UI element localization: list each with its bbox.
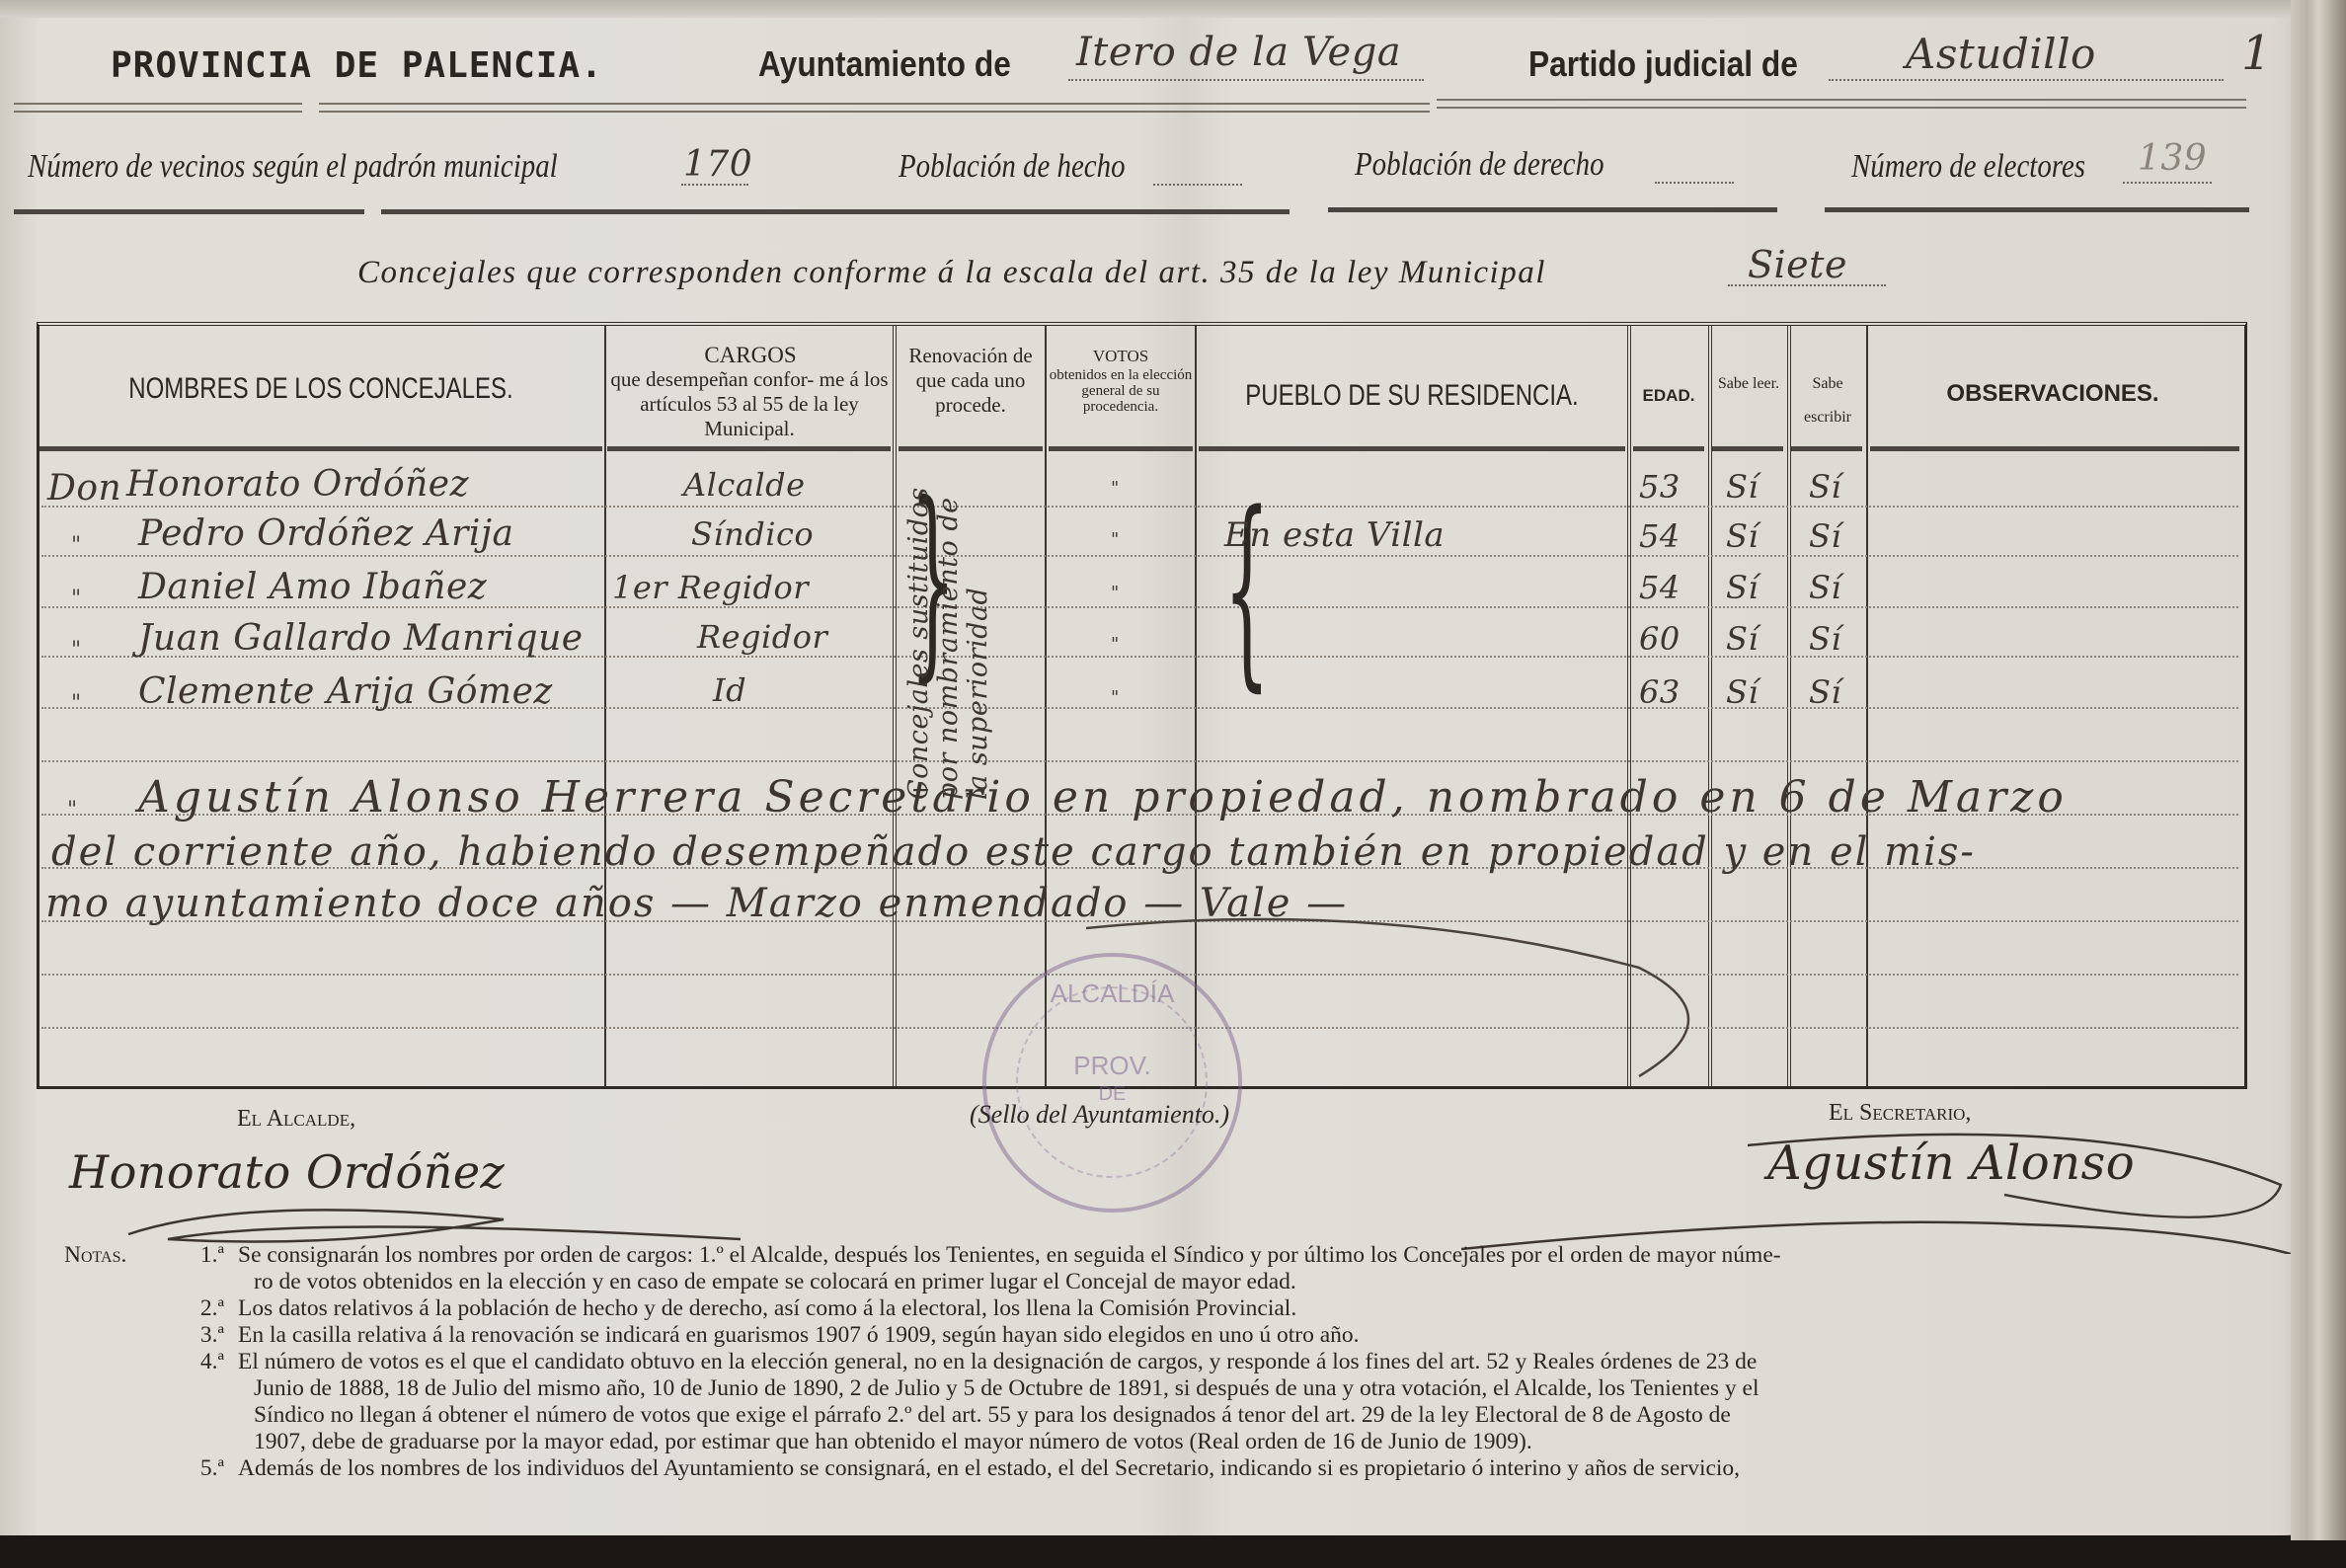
header-bottom-rule <box>1199 446 1625 451</box>
province-title: PROVINCIA DE PALENCIA. <box>111 45 603 86</box>
note-text: Los datos relativos á la población de he… <box>238 1295 2256 1322</box>
vecinos-label: Número de vecinos según el padrón munici… <box>28 148 558 186</box>
secretario-rubric <box>1412 1116 2301 1254</box>
hecho-field-line <box>1153 184 1242 186</box>
col-divider <box>604 326 606 1086</box>
row-leer: Sí <box>1726 569 1759 606</box>
row-line <box>41 760 2238 762</box>
row-leer: Sí <box>1726 517 1759 555</box>
page-top-edge <box>0 0 2320 18</box>
row-votos: " <box>1111 583 1120 603</box>
row-prefix: " <box>71 638 81 663</box>
secretario-prefix: " <box>67 798 77 823</box>
note-number: 4.ª <box>163 1349 238 1375</box>
row-edad: 53 <box>1639 468 1681 506</box>
alcalde-signature: Honorato Ordóñez <box>69 1145 505 1199</box>
row-votos: " <box>1111 529 1120 550</box>
row-prefix: " <box>71 587 81 611</box>
header-rule <box>1437 99 2246 109</box>
partido-label: Partido judicial de <box>1528 43 1798 85</box>
th-edad: EDAD. <box>1629 387 1708 405</box>
notes-section: Notas. 1.ª Se consignarán los nombres po… <box>64 1242 2256 1482</box>
row-escribir: Sí <box>1809 569 1841 606</box>
th-cargos-title: CARGOS <box>607 344 894 367</box>
row-votos: " <box>1111 687 1120 708</box>
row-escribir: Sí <box>1809 620 1841 658</box>
header-bottom-rule <box>1633 446 1704 451</box>
hecho-label: Población de hecho <box>899 148 1126 186</box>
note-2: 2.ª Los datos relativos á la población d… <box>64 1295 2256 1322</box>
row-line <box>41 555 2238 557</box>
ayuntamiento-field-line <box>1068 79 1424 81</box>
row-cargo: Regidor <box>697 618 827 656</box>
secretario-note-line2: del corriente año, habiendo desempeñado … <box>51 829 1976 875</box>
note-text: Junio de 1888, 18 de Julio del mismo año… <box>64 1375 2256 1402</box>
vecinos-field-line <box>681 184 748 186</box>
row-nombre: Honorato Ordóñez <box>126 464 469 505</box>
note-text: 1907, debe de graduarse por la mayor eda… <box>64 1429 2256 1455</box>
secretario-note-line1: Agustín Alonso Herrera Secretario en pro… <box>138 772 2068 823</box>
note-5: 5.ª Además de los nombres de los individ… <box>64 1455 2256 1482</box>
th-pueblo: PUEBLO DE SU RESIDENCIA. <box>1241 380 1583 412</box>
row-nombre: Daniel Amo Ibañez <box>138 567 487 607</box>
page-stack-edge <box>2291 0 2346 1540</box>
th-sabe-escribir: Sabe escribir <box>1791 367 1864 434</box>
electores-value: 139 <box>2138 138 2207 179</box>
row-votos: " <box>1111 634 1120 655</box>
header-bottom-rule <box>39 446 602 451</box>
note-text: En la casilla relativa á la renovación s… <box>238 1322 2256 1349</box>
row-prefix: " <box>71 691 81 716</box>
sello-label: (Sello del Ayuntamiento.) <box>970 1100 1229 1130</box>
header-bottom-rule <box>1870 446 2239 451</box>
census-rule <box>14 209 364 214</box>
th-nombres: NOMBRES DE LOS CONCEJALES. <box>96 373 546 405</box>
header-bottom-rule <box>899 446 1043 451</box>
th-observaciones: OBSERVACIONES. <box>1870 381 2235 406</box>
census-rule <box>381 209 1290 214</box>
row-cargo: 1er Regidor <box>612 569 809 606</box>
col-divider <box>893 326 897 1086</box>
row-escribir: Sí <box>1809 517 1841 555</box>
partido-value: Astudillo <box>1906 30 2096 78</box>
row-cargo: Id <box>713 671 746 709</box>
census-rule <box>1328 207 1777 212</box>
row-prefix: " <box>71 533 81 558</box>
header-bottom-rule <box>1712 446 1783 451</box>
note-1: Notas. 1.ª Se consignarán los nombres po… <box>64 1242 2256 1269</box>
renovacion-note: Concejales sustituidos por nombramiento … <box>904 474 1033 800</box>
stamp-inner-ring <box>1016 986 1208 1178</box>
concejales-field-line <box>1728 284 1886 286</box>
partido-field-line <box>1829 79 2224 81</box>
alcalde-label: El Alcalde, <box>237 1106 355 1133</box>
header-bottom-rule <box>607 446 891 451</box>
note-number: 3.ª <box>163 1322 238 1349</box>
note-number: 5.ª <box>163 1455 238 1482</box>
note-text: Síndico no llegan á obtener el número de… <box>64 1402 2256 1429</box>
row-edad: 54 <box>1639 517 1681 555</box>
stamp-text-top: ALCALDÍA <box>986 979 1238 1009</box>
th-sabe-leer: Sabe leer. <box>1712 367 1785 401</box>
row-leer: Sí <box>1726 468 1759 506</box>
row-escribir: Sí <box>1809 673 1841 711</box>
municipal-stamp: ALCALDÍA PROV. DE <box>982 953 1242 1213</box>
row-votos: " <box>1111 478 1120 499</box>
derecho-label: Población de derecho <box>1355 146 1604 184</box>
th-renovacion: Renovación de que cada uno procede. <box>899 344 1043 418</box>
derecho-field-line <box>1655 182 1734 184</box>
note-text: ro de votos obtenidos en la elección y e… <box>64 1269 2256 1295</box>
row-prefix: Don <box>47 468 121 509</box>
stamp-text-mid: PROV. <box>986 1051 1238 1081</box>
row-leer: Sí <box>1726 620 1759 658</box>
header-bottom-rule <box>1049 446 1193 451</box>
row-nombre: Juan Gallardo Manrique <box>138 618 584 659</box>
document-page: PROVINCIA DE PALENCIA. Ayuntamiento de I… <box>0 0 2320 1535</box>
row-line <box>41 506 2238 508</box>
header-rule <box>319 103 1430 113</box>
electores-field-line <box>2123 182 2212 184</box>
concejales-label: Concejales que corresponden conforme á l… <box>357 255 1546 291</box>
row-leer: Sí <box>1726 673 1759 711</box>
note-text: Se consignarán los nombres por orden de … <box>238 1242 2256 1269</box>
note-3: 3.ª En la casilla relativa á la renovaci… <box>64 1322 2256 1349</box>
row-nombre: Pedro Ordóñez Arija <box>138 513 513 554</box>
th-cargos-sub: que desempeñan confor- me á los artículo… <box>608 367 891 441</box>
header-rule <box>14 103 302 113</box>
concejales-value: Siete <box>1748 243 1847 286</box>
ayuntamiento-value: Itero de la Vega <box>1076 30 1401 75</box>
row-edad: 63 <box>1639 673 1681 711</box>
notes-lead: Notas. <box>64 1242 163 1269</box>
row-nombre: Clemente Arija Gómez <box>138 671 553 712</box>
row-edad: 60 <box>1639 620 1681 658</box>
col-divider <box>1787 326 1791 1086</box>
census-rule <box>1825 207 2249 212</box>
note-4: 4.ª El número de votos es el que el cand… <box>64 1349 2256 1375</box>
page-mark: 1 <box>2241 26 2272 81</box>
row-escribir: Sí <box>1809 468 1841 506</box>
th-votos-sub: obtenidos en la elección general de su p… <box>1049 367 1193 415</box>
note-number: 2.ª <box>163 1295 238 1322</box>
note-number: 1.ª <box>163 1242 238 1269</box>
electores-label: Número de electores <box>1851 148 2085 186</box>
col-divider <box>1866 326 1868 1086</box>
row-cargo: Síndico <box>691 515 814 553</box>
vecinos-value: 170 <box>683 144 752 185</box>
row-edad: 54 <box>1639 569 1681 606</box>
row-cargo: Alcalde <box>683 466 806 504</box>
pueblo-value: En esta Villa <box>1224 515 1445 555</box>
note-text: Además de los nombres de los individuos … <box>238 1455 2256 1482</box>
ayuntamiento-label: Ayuntamiento de <box>758 43 1011 85</box>
header-bottom-rule <box>1791 446 1862 451</box>
note-text: El número de votos es el que el candidat… <box>238 1349 2256 1375</box>
th-votos-title: VOTOS <box>1049 348 1193 365</box>
